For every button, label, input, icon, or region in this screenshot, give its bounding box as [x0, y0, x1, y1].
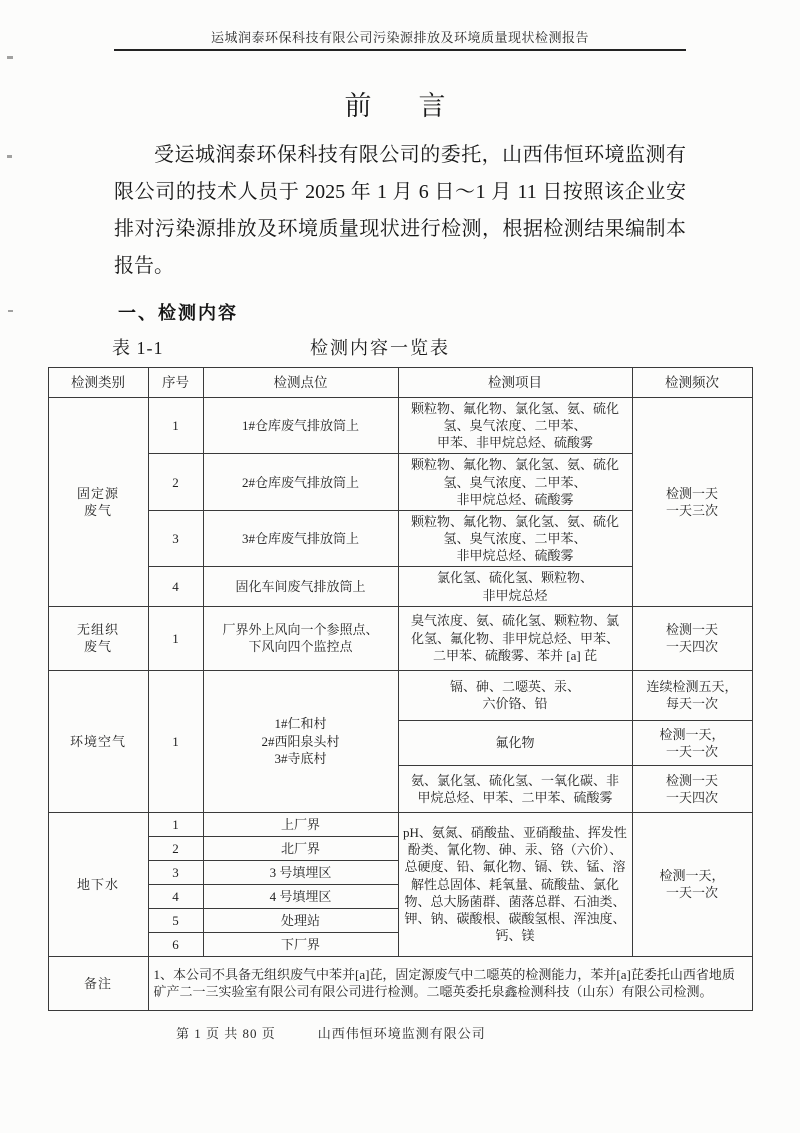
seq-cell: 1	[148, 812, 203, 836]
point-cell: 1#仁和村 2#西阳泉头村 3#寺底村	[203, 670, 398, 812]
frequency-cell: 连续检测五天， 每天一次	[632, 670, 752, 720]
column-header: 检测项目	[398, 368, 632, 398]
table-body: 固定源 废气11#仓库废气排放筒上颗粒物、氟化物、氯化氢、氨、硫化 氢、臭气浓度…	[48, 398, 752, 1011]
table-title: 检测内容一览表	[60, 334, 700, 360]
seq-cell: 2	[148, 836, 203, 860]
scan-artifact	[7, 56, 13, 59]
point-cell: 固化车间废气排放筒上	[203, 567, 398, 606]
seq-cell: 1	[148, 606, 203, 670]
document-page: 运城润泰环保科技有限公司污染源排放及环境质量现状检测报告 前 言 受运城润泰环保…	[0, 0, 800, 1133]
items-cell: 颗粒物、氟化物、氯化氢、氨、硫化 氢、臭气浓度、二甲苯、 非甲烷总烃、硫酸雾	[398, 454, 632, 510]
category-remark: 备注	[48, 956, 148, 1010]
items-cell: 氯化氢、硫化氢、颗粒物、 非甲烷总烃	[398, 567, 632, 606]
point-cell: 3 号填埋区	[203, 860, 398, 884]
items-cell: 氟化物	[398, 720, 632, 765]
column-header: 检测频次	[632, 368, 752, 398]
category-ambient-air: 环境空气	[48, 670, 148, 812]
items-cell: pH、氨氮、硝酸盐、亚硝酸盐、挥发性酚类、氰化物、砷、汞、铬（六价）、总硬度、铅…	[398, 812, 632, 956]
seq-cell: 4	[148, 884, 203, 908]
column-header: 序号	[148, 368, 203, 398]
items-cell: 镉、砷、二噁英、汞、 六价铬、铅	[398, 670, 632, 720]
seq-cell: 3	[148, 510, 203, 566]
items-cell: 氨、氯化氢、硫化氢、一氧化碳、非 甲烷总烃、甲苯、二甲苯、硫酸雾	[398, 765, 632, 812]
column-header: 检测点位	[203, 368, 398, 398]
seq-cell: 3	[148, 860, 203, 884]
table-row: 无组织 废气1厂界外上风向一个参照点、 下风向四个监控点臭气浓度、氨、硫化氢、颗…	[48, 606, 752, 670]
frequency-cell: 检测一天 一天三次	[632, 398, 752, 607]
table-row: 地下水1上厂界pH、氨氮、硝酸盐、亚硝酸盐、挥发性酚类、氰化物、砷、汞、铬（六价…	[48, 812, 752, 836]
table-row: 备注1、本公司不具备无组织废气中苯并[a]芘，固定源废气中二噁英的检测能力，苯并…	[48, 956, 752, 1010]
footer-page-number: 第 1 页 共 80 页	[176, 1023, 276, 1042]
frequency-cell: 检测一天 一天四次	[632, 765, 752, 812]
point-cell: 下厂界	[203, 932, 398, 956]
point-cell: 2#仓库废气排放筒上	[203, 454, 398, 510]
column-header: 检测类别	[48, 368, 148, 398]
items-cell: 臭气浓度、氨、硫化氢、颗粒物、氯 化氢、氟化物、非甲烷总烃、甲苯、 二甲苯、硫酸…	[398, 606, 632, 670]
table-row: 固定源 废气11#仓库废气排放筒上颗粒物、氟化物、氯化氢、氨、硫化 氢、臭气浓度…	[48, 398, 752, 454]
footer-company: 山西伟恒环境监测有限公司	[318, 1023, 486, 1042]
point-cell: 上厂界	[203, 812, 398, 836]
document-title: 前 言	[0, 84, 800, 123]
page-header: 运城润泰环保科技有限公司污染源排放及环境质量现状检测报告	[0, 0, 800, 51]
point-cell: 1#仓库废气排放筒上	[203, 398, 398, 454]
header-rule	[114, 49, 686, 51]
point-cell: 厂界外上风向一个参照点、 下风向四个监控点	[203, 606, 398, 670]
seq-cell: 1	[148, 398, 203, 454]
items-cell: 颗粒物、氟化物、氯化氢、氨、硫化 氢、臭气浓度、二甲苯、 非甲烷总烃、硫酸雾	[398, 510, 632, 566]
point-cell: 处理站	[203, 908, 398, 932]
table-header-row: 检测类别序号检测点位检测项目检测频次	[48, 368, 752, 398]
seq-cell: 6	[148, 932, 203, 956]
scan-artifact	[7, 155, 12, 158]
section-heading: 一、检测内容	[118, 299, 800, 325]
category-groundwater: 地下水	[48, 812, 148, 956]
seq-cell: 1	[148, 670, 203, 812]
point-cell: 3#仓库废气排放筒上	[203, 510, 398, 566]
remark-text-cell: 1、本公司不具备无组织废气中苯并[a]芘，固定源废气中二噁英的检测能力，苯并[a…	[148, 956, 752, 1010]
intro-paragraph: 受运城润泰环保科技有限公司的委托，山西伟恒环境监测有限公司的技术人员于 2025…	[114, 137, 686, 285]
scan-artifact	[8, 310, 13, 312]
seq-cell: 2	[148, 454, 203, 510]
seq-cell: 5	[148, 908, 203, 932]
category-stationary-source-gas: 固定源 废气	[48, 398, 148, 607]
seq-cell: 4	[148, 567, 203, 606]
point-cell: 北厂界	[203, 836, 398, 860]
page-footer: 第 1 页 共 80 页 山西伟恒环境监测有限公司	[176, 1023, 486, 1042]
frequency-cell: 检测一天， 一天一次	[632, 812, 752, 956]
header-title: 运城润泰环保科技有限公司污染源排放及环境质量现状检测报告	[0, 0, 800, 46]
table-row: 环境空气11#仁和村 2#西阳泉头村 3#寺底村镉、砷、二噁英、汞、 六价铬、铅…	[48, 670, 752, 720]
category-fugitive-gas: 无组织 废气	[48, 606, 148, 670]
table-caption: 表 1-1 检测内容一览表	[0, 334, 800, 360]
frequency-cell: 检测一天， 一天一次	[632, 720, 752, 765]
monitoring-content-table: 检测类别序号检测点位检测项目检测频次 固定源 废气11#仓库废气排放筒上颗粒物、…	[48, 367, 753, 1011]
point-cell: 4 号填埋区	[203, 884, 398, 908]
items-cell: 颗粒物、氟化物、氯化氢、氨、硫化 氢、臭气浓度、二甲苯、 甲苯、非甲烷总烃、硫酸…	[398, 398, 632, 454]
frequency-cell: 检测一天 一天四次	[632, 606, 752, 670]
